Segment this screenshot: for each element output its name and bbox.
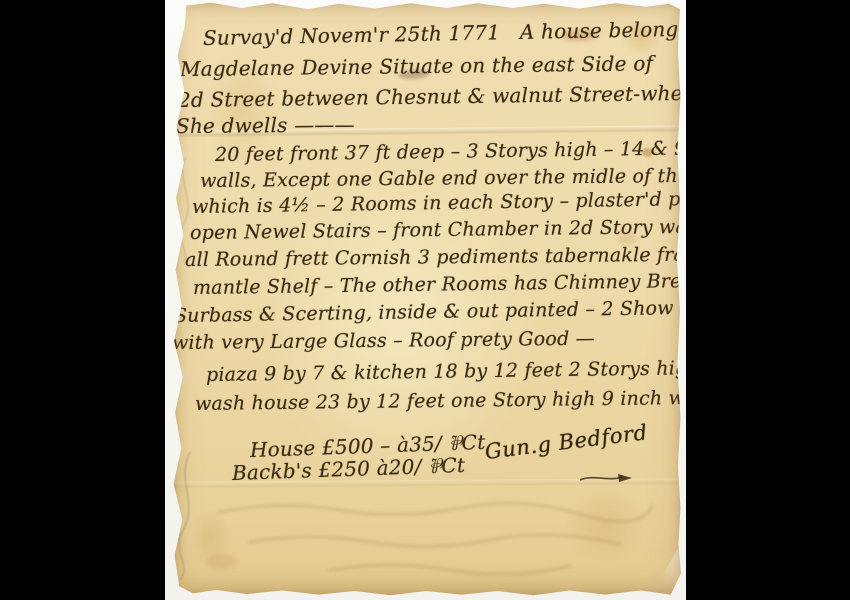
manuscript-line: all Round frett Cornish 3 pediments tabe… (185, 243, 715, 271)
surveyor-signature: Gun.g Bedford (484, 420, 649, 464)
manuscript-line: Survay'd Novem'r 25th 1771 A house belon… (203, 16, 739, 50)
manuscript-line: She dwells ——— (176, 112, 355, 138)
manuscript-line: with very Large Glass – Roof prety Good … (172, 328, 595, 354)
manuscript-line: 20 feet front 37 ft deep – 3 Storys high… (215, 137, 735, 166)
manuscript-line: open Newel Stairs – front Chamber in 2d … (190, 215, 746, 244)
manuscript-text: Survay'd Novem'r 25th 1771 A house belon… (170, 2, 682, 597)
scan-stage: Survay'd Novem'r 25th 1771 A house belon… (0, 0, 850, 600)
signature-flourish (578, 470, 636, 486)
manuscript-line: piaza 9 by 7 & kitchen 18 by 12 feet 2 S… (206, 356, 754, 386)
manuscript-line: which is 4½ – 2 Rooms in each Story – pl… (192, 187, 751, 218)
manuscript-line: Surbass & Scerting, inside & out painted… (174, 296, 766, 327)
scan-backdrop: Survay'd Novem'r 25th 1771 A house belon… (165, 0, 686, 600)
manuscript-line: 2d Street between Chesnut & walnut Stree… (178, 81, 705, 112)
manuscript-line: Magdelane Devine Situate on the east Sid… (180, 51, 653, 81)
manuscript-paper: Survay'd Novem'r 25th 1771 A house belon… (170, 2, 682, 597)
manuscript-line: mantle Shelf – The other Rooms has Chimn… (193, 270, 710, 299)
manuscript-line: wash house 23 by 12 feet one Story high … (195, 386, 745, 415)
